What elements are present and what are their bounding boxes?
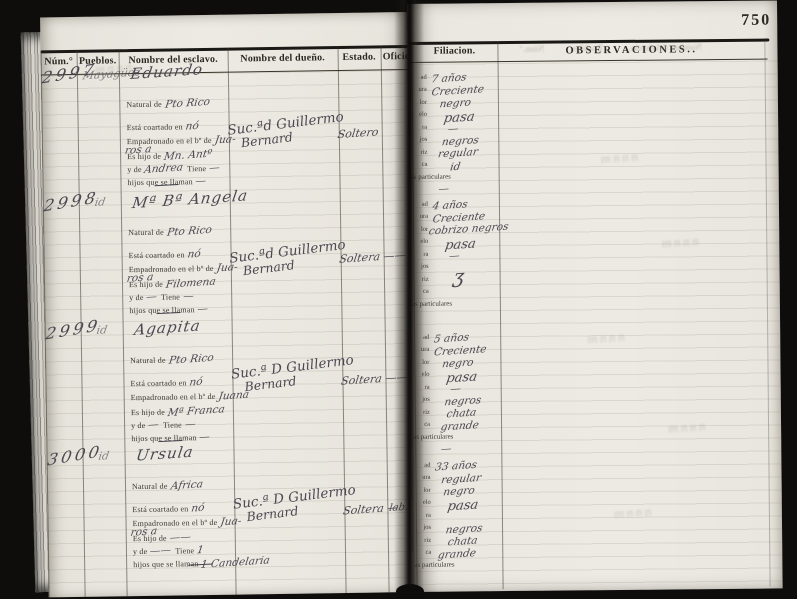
bleed-header-pueblos: Pueblos. xyxy=(570,43,602,53)
slave-name-entry: Agapita xyxy=(133,316,202,338)
bleed-through-mark: nnnm xyxy=(598,151,638,166)
slave-name-entry: Ursula xyxy=(135,443,195,465)
hijos-value: — xyxy=(199,431,211,444)
col-header-estado: Estado. xyxy=(338,51,381,63)
bleed-through-mark: nnnm xyxy=(612,506,652,521)
record-row-2998: 2998 id Mª Bª Angela Natural dePto Rico … xyxy=(43,194,413,325)
col-header-filiacion: Filiacion. xyxy=(411,45,497,57)
hijos-value: — xyxy=(195,175,207,188)
slave-name-entry: Eduardo xyxy=(129,60,204,83)
natural-de-value: Pto Rico xyxy=(166,224,213,239)
natural-de-label: Natural de xyxy=(130,356,166,366)
filiacion-idem-squiggle: ʒ xyxy=(452,262,522,288)
page-number: 750 xyxy=(741,12,771,30)
natural-de-line: Natural dePto Rico xyxy=(130,349,213,368)
estado-entry: Soltero xyxy=(337,125,380,141)
book-gutter-bottom xyxy=(396,584,424,599)
hijos-line: hijos que se llaman— xyxy=(129,299,208,318)
bleed-through-mark: nnnm xyxy=(585,331,625,346)
bleed-through-mark: nnnm xyxy=(659,235,699,250)
hijos-value: — xyxy=(197,303,209,316)
hijos-line: hijos que se llaman— xyxy=(127,171,206,190)
natural-de-line: Natural dePto Rico xyxy=(126,93,209,112)
pueblo-entry: id xyxy=(98,449,111,463)
natural-de-line: Natural deAfrica xyxy=(132,475,203,494)
natural-de-line: Natural dePto Rico xyxy=(128,221,211,240)
col-header-nombre-dueno: Nombre del dueño. xyxy=(228,52,338,65)
record-row-3000: 3000 id Ursula Natural deAfrica Está coa… xyxy=(47,448,417,579)
bleed-through-mark: nnnm xyxy=(666,420,706,435)
tiene-value: — xyxy=(208,162,220,175)
hijos-line: hijos que se llaman— xyxy=(131,427,210,446)
pueblo-entry: id xyxy=(96,323,109,337)
hijos-line: hijos que se llaman1 Candelaria xyxy=(133,552,270,572)
natural-de-label: Natural de xyxy=(128,228,164,238)
natural-de-value: Africa xyxy=(170,478,204,492)
right-page: 750 Filiacion. OBSERVACIONES.. Nombre de… xyxy=(407,0,783,592)
bleed-header-dueno: Nombre del dueño. xyxy=(629,42,702,53)
left-page: Núm.° Pueblos. Nombre del esclavo. Nombr… xyxy=(40,12,417,597)
natural-de-label: Natural de xyxy=(132,482,168,492)
record-row-2999: 2999 id Agapita Natural dePto Rico Está … xyxy=(45,322,415,453)
record-row-2997: 2997 Mayagüez Eduardo Natural dePto Rico… xyxy=(41,66,411,197)
bleed-header-num: Núm.° xyxy=(519,44,544,54)
registry-book-photo: Núm.° Pueblos. Nombre del esclavo. Nombr… xyxy=(0,0,797,599)
natural-de-value: Pto Rico xyxy=(168,352,215,367)
natural-de-label: Natural de xyxy=(126,100,162,110)
pueblo-entry: id xyxy=(94,195,107,209)
owner-name-entry: Suc.ª D GuillermoBernard xyxy=(230,348,387,395)
book-gutter-shadow xyxy=(394,0,424,599)
natural-de-value: Pto Rico xyxy=(164,96,211,111)
